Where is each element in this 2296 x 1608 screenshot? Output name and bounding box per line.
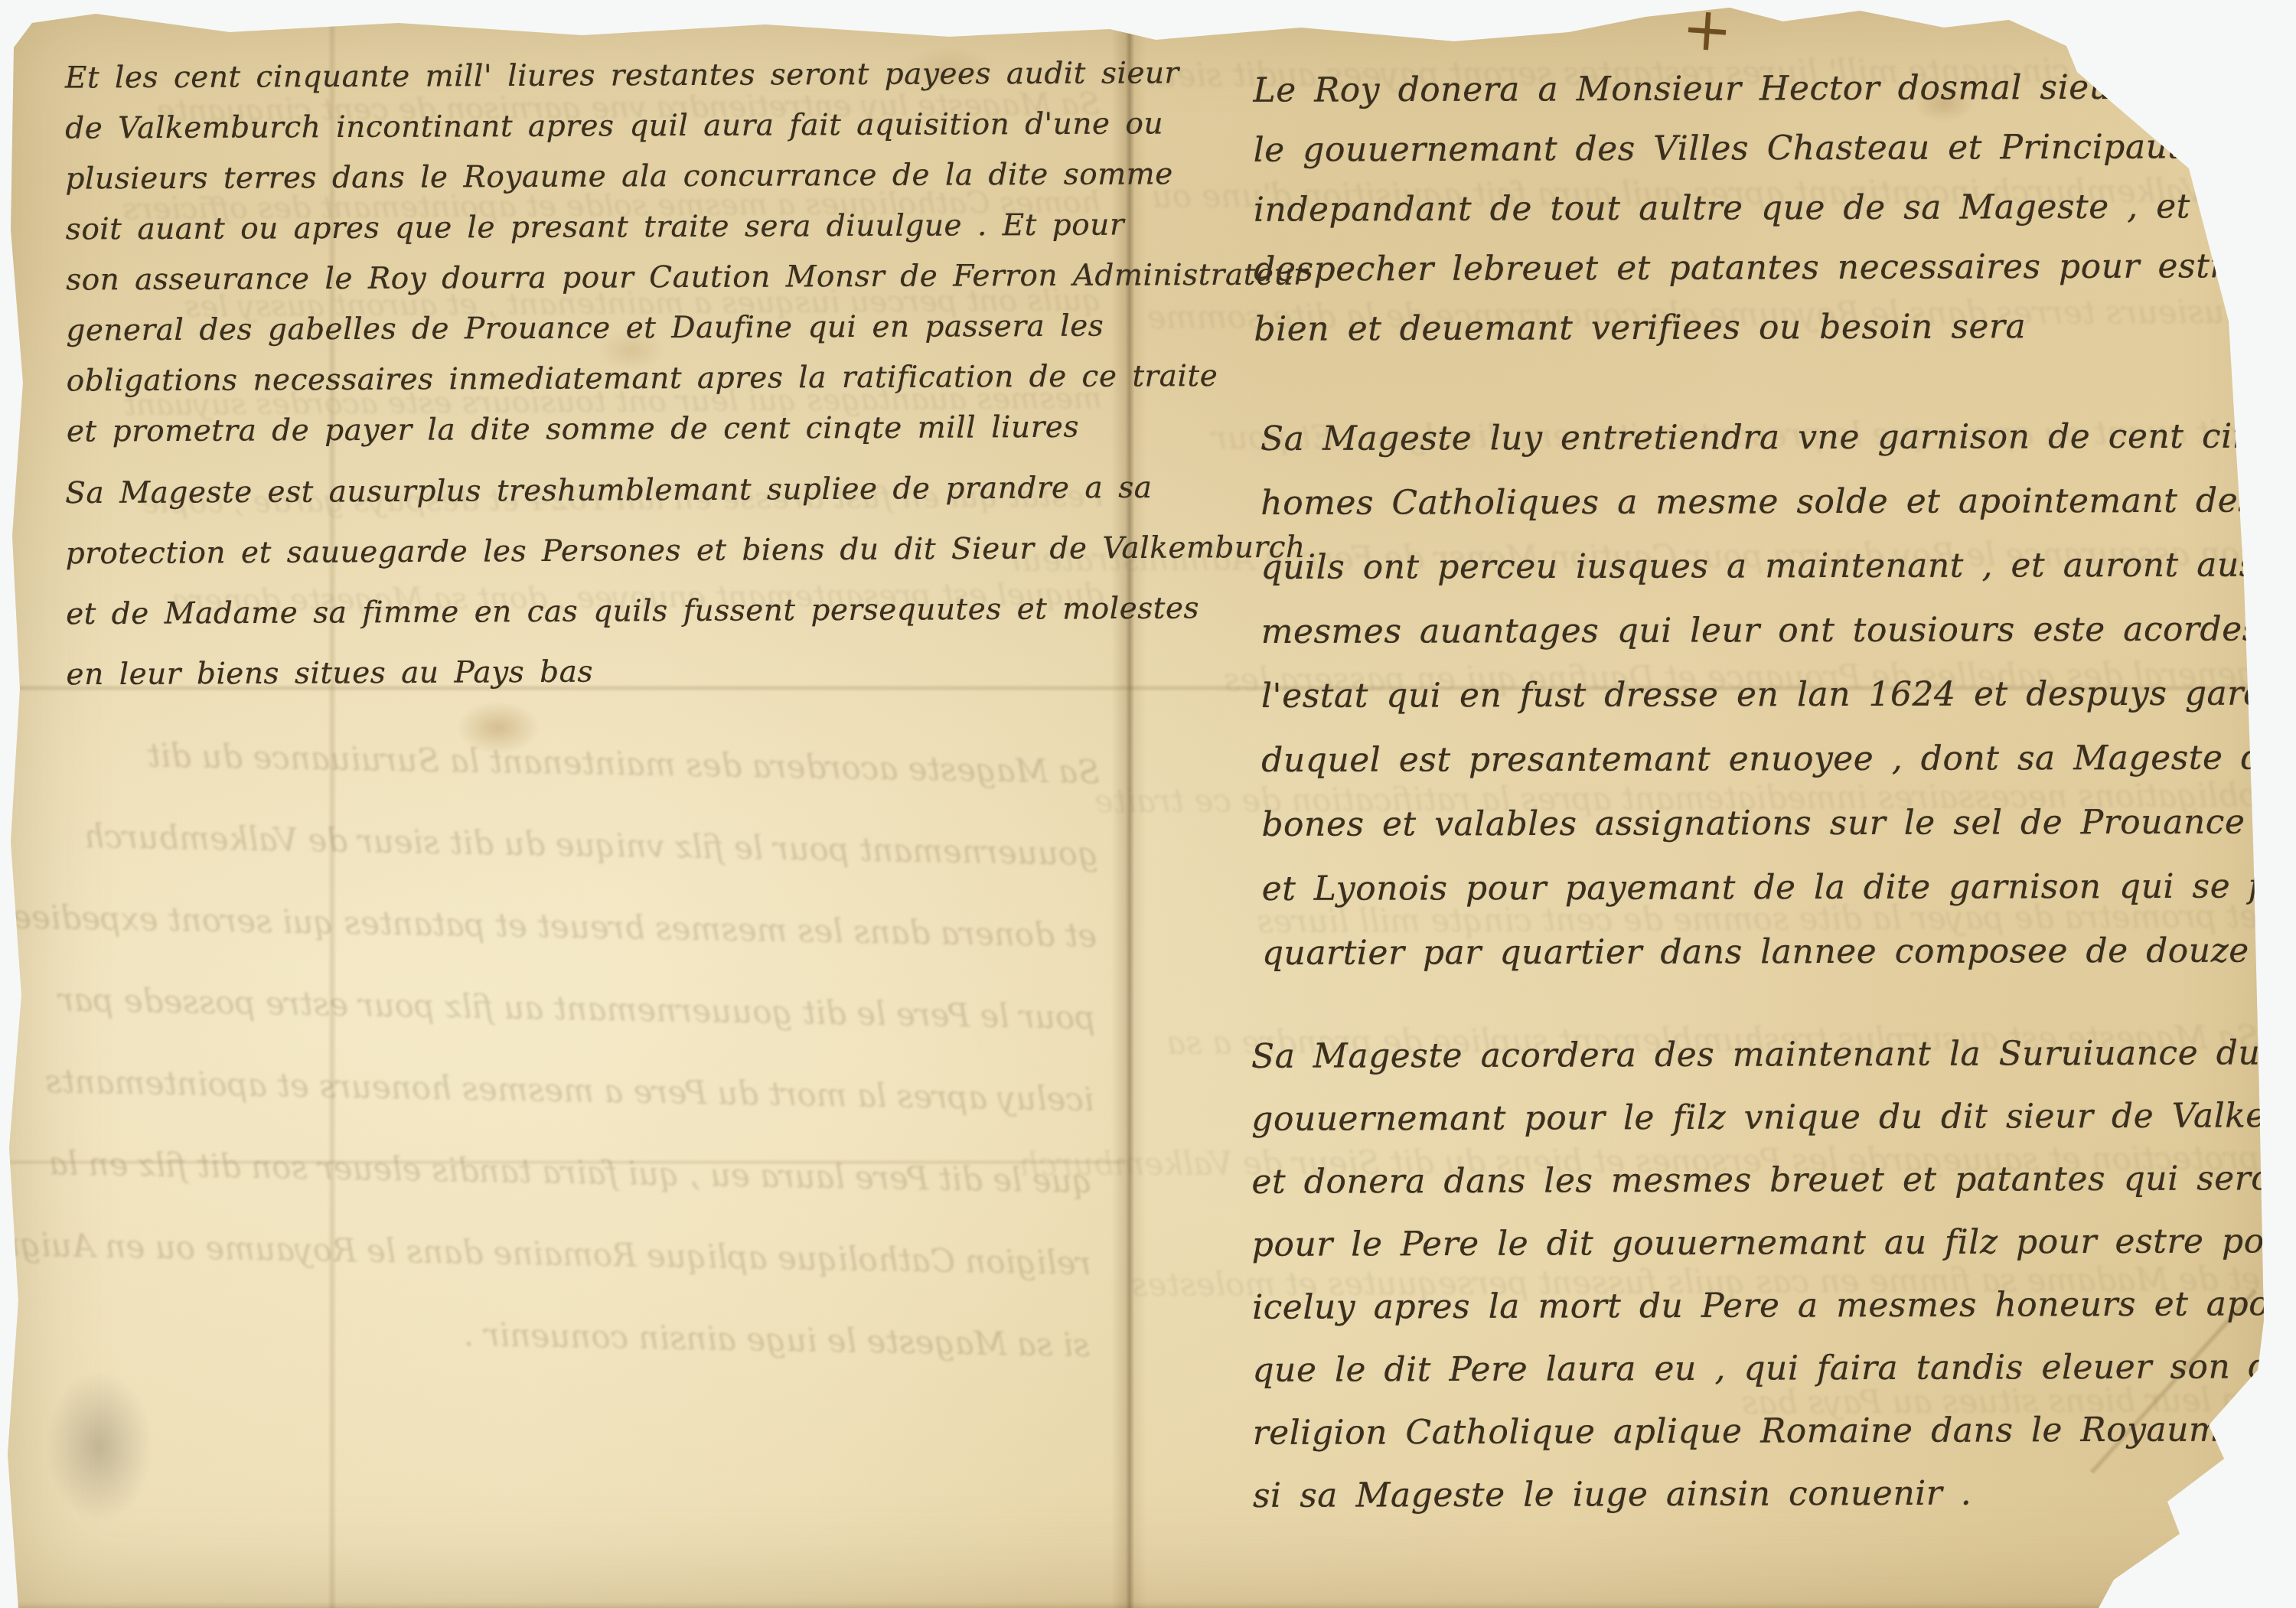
handwritten-line: homes Catholiques a mesme solde et apoin… — [1261, 481, 2296, 548]
handwritten-line: plusieurs terres dans le Royaume ala con… — [65, 156, 1307, 212]
handwritten-line: indepandant de tout aultre que de sa Mag… — [1254, 186, 2296, 250]
cross-mark: + — [1680, 0, 1734, 66]
left-page-paragraph-2: Sa Mageste est ausurplus treshumblemant … — [65, 470, 1306, 718]
handwritten-line: bones et valables assignations sur le se… — [1261, 802, 2296, 869]
paper-sheet: Sa Mageste luy entretiendra vne garnison… — [0, 0, 2296, 1608]
handwritten-line: iceluy apres la mort du Pere a mesmes ho… — [1252, 1283, 2296, 1351]
handwritten-line: que le dit Pere laura eu , qui faira tan… — [1252, 1346, 2296, 1414]
handwritten-line: Sa Mageste acordera des maintenant la Su… — [1251, 1032, 2296, 1100]
handwritten-line: soit auant ou apres que le presant trait… — [66, 207, 1308, 263]
right-page-paragraph-1: Le Roy donera a Monsieur Hector dosmal s… — [1253, 67, 2296, 369]
handwritten-line: mesmes auantages qui leur ont tousiours … — [1261, 609, 2296, 677]
manuscript-scan: Sa Mageste luy entretiendra vne garnison… — [0, 0, 2296, 1608]
handwritten-line: Le Roy donera a Monsieur Hector dosmal s… — [1253, 67, 2296, 130]
handwritten-line: Et les cent cinquante mill' liures resta… — [65, 55, 1307, 111]
right-page-paragraph-2: Sa Mageste luy entretiendra vne garnison… — [1261, 416, 2296, 998]
handwritten-line: et donera dans les mesmes breuet et pata… — [1251, 1158, 2296, 1225]
handwritten-line: son asseurance le Roy dourra pour Cautio… — [66, 257, 1308, 313]
handwritten-line: duquel est presantemant enuoyee , dont s… — [1261, 738, 2296, 805]
handwritten-line: Sa Mageste luy entretiendra vne garnison… — [1261, 416, 2296, 484]
handwritten-line: quils ont perceu iusques a maintenant , … — [1261, 545, 2296, 612]
handwritten-line: l'estat qui en fust dresse en lan 1624 e… — [1261, 674, 2296, 741]
handwritten-line: le gouuernemant des Villes Chasteau et P… — [1254, 126, 2296, 190]
bleedthrough-block: Sa Mageste acordera des maintenant la Su… — [18, 735, 1101, 1408]
left-page-paragraph-1: Et les cent cinquante mill' liures resta… — [65, 55, 1309, 465]
handwritten-line: et prometra de payer la dite somme de ce… — [67, 409, 1309, 465]
handwritten-line: Sa Mageste est ausurplus treshumblemant … — [65, 470, 1305, 537]
handwritten-line: gouuernemant pour le filz vnique du dit … — [1251, 1095, 2296, 1163]
handwritten-line: pour le Pere le dit gouuernemant au filz… — [1252, 1221, 2296, 1288]
handwritten-line: de Valkemburch incontinant apres quil au… — [65, 106, 1307, 161]
handwritten-line: religion Catholique aplique Romaine dans… — [1253, 1409, 2296, 1476]
handwritten-line: obligations necessaires inmediatemant ap… — [67, 358, 1309, 414]
handwritten-line: en leur biens situes au Pays bas — [66, 651, 1306, 718]
handwritten-line: et Lyonois pour payemant de la dite garn… — [1262, 866, 2296, 934]
ink-stain — [46, 1370, 153, 1523]
handwritten-line: general des gabelles de Prouance et Dauf… — [66, 308, 1308, 364]
handwritten-line: si sa Mageste le iuge ainsin conuenir . — [1253, 1472, 2296, 1539]
handwritten-line: et de Madame sa fimme en cas quils fusse… — [66, 591, 1306, 657]
handwritten-line: quartier par quartier dans lannee compos… — [1262, 931, 2296, 998]
handwritten-line: despecher lebreuet et patantes necessair… — [1254, 246, 2296, 309]
handwritten-line: bien et deuemant verifiees ou besoin ser… — [1254, 305, 2296, 369]
handwritten-line: protection et sauuegarde les Persones et… — [66, 530, 1306, 597]
right-page-paragraph-3: Sa Mageste acordera des maintenant la Su… — [1251, 1032, 2296, 1539]
